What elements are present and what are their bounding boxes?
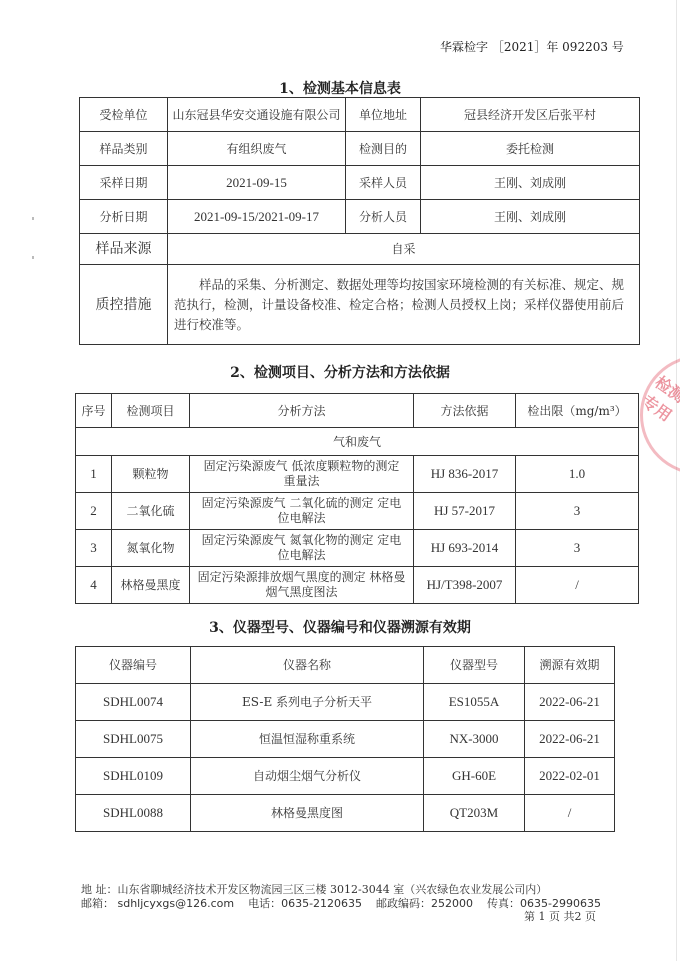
scan-artifact: [32, 256, 34, 259]
cell-model: NX-3000: [424, 721, 525, 758]
category-label: 气和废气: [76, 428, 639, 456]
cell-basis: HJ 693-2014: [414, 530, 516, 567]
cell-label: 检测目的: [346, 132, 421, 166]
postcode-value: 252000: [431, 897, 473, 910]
section1-title: 1、检测基本信息表: [0, 78, 680, 98]
cell-valid: 2022-06-21: [525, 684, 615, 721]
cell-model: ES1055A: [424, 684, 525, 721]
cell-method: 固定污染源排放烟气黑度的测定 林格曼烟气黑度图法: [190, 567, 414, 604]
table-header-row: 序号 检测项目 分析方法 方法依据 检出限（mg/m³）: [76, 394, 639, 428]
column-header: 检测项目: [112, 394, 190, 428]
cell-value: 委托检测: [421, 132, 640, 166]
cell-method: 固定污染源废气 氮氧化物的测定 定电位电解法: [190, 530, 414, 567]
cell-no: 2: [76, 493, 112, 530]
section2-title: 2、检测项目、分析方法和方法依据: [0, 362, 680, 382]
column-header: 仪器编号: [76, 647, 191, 684]
cell-label: 采样人员: [346, 166, 421, 200]
column-header: 溯源有效期: [525, 647, 615, 684]
category-row: 气和废气: [76, 428, 639, 456]
cell-item: 二氧化硫: [112, 493, 190, 530]
cell-id: SDHL0075: [76, 721, 191, 758]
table-row: 采样日期 2021-09-15 采样人员 王刚、刘成刚: [80, 166, 640, 200]
column-header: 检出限（mg/m³）: [516, 394, 639, 428]
postcode-label: 邮政编码：: [376, 897, 431, 910]
cell-id: SDHL0088: [76, 795, 191, 832]
cell-label: 单位地址: [346, 98, 421, 132]
page-edge: [676, 0, 677, 961]
cell-value: 山东冠县华安交通设施有限公司: [168, 98, 346, 132]
table-row: 4 林格曼黑度 固定污染源排放烟气黑度的测定 林格曼烟气黑度图法 HJ/T398…: [76, 567, 639, 604]
table-row: 样品来源 自采: [80, 234, 640, 265]
table-row: SDHL0109 自动烟尘烟气分析仪 GH-60E 2022-02-01: [76, 758, 615, 795]
cell-value: 王刚、刘成刚: [421, 200, 640, 234]
cell-model: GH-60E: [424, 758, 525, 795]
document-number: 华霖检字 ［2021］年 092203 号: [440, 38, 640, 55]
cell-no: 4: [76, 567, 112, 604]
cell-no: 1: [76, 456, 112, 493]
cell-limit: /: [516, 567, 639, 604]
cell-value: 有组织废气: [168, 132, 346, 166]
column-header: 分析方法: [190, 394, 414, 428]
column-header: 方法依据: [414, 394, 516, 428]
table-row: SDHL0088 林格曼黑度图 QT203M /: [76, 795, 615, 832]
cell-basis: HJ/T398-2007: [414, 567, 516, 604]
cell-value: 自采: [168, 234, 640, 265]
cell-label: 分析日期: [80, 200, 168, 234]
cell-name: 恒温恒湿称重系统: [191, 721, 424, 758]
page-number: 第 1 页 共2 页: [524, 908, 596, 924]
cell-id: SDHL0074: [76, 684, 191, 721]
table-row: SDHL0074 ES-E 系列电子分析天平 ES1055A 2022-06-2…: [76, 684, 615, 721]
cell-item: 林格曼黑度: [112, 567, 190, 604]
cell-method: 固定污染源废气 低浓度颗粒物的测定 重量法: [190, 456, 414, 493]
phone-label: 电话：: [248, 897, 281, 910]
column-header: 仪器名称: [191, 647, 424, 684]
section3-title: 3、仪器型号、仪器编号和仪器溯源有效期: [0, 617, 680, 637]
cell-basis: HJ 836-2017: [414, 456, 516, 493]
cell-value: 2021-09-15: [168, 166, 346, 200]
email-value: sdhljcyxgs@126.com: [118, 897, 235, 910]
cell-basis: HJ 57-2017: [414, 493, 516, 530]
instruments-table: 仪器编号 仪器名称 仪器型号 溯源有效期 SDHL0074 ES-E 系列电子分…: [75, 646, 615, 832]
cell-model: QT203M: [424, 795, 525, 832]
cell-method: 固定污染源废气 二氧化硫的测定 定电位电解法: [190, 493, 414, 530]
column-header: 序号: [76, 394, 112, 428]
email-label: 邮箱：: [81, 897, 114, 910]
cell-limit: 3: [516, 493, 639, 530]
footer-contact: 邮箱： sdhljcyxgs@126.com 电话：0635-2120635 邮…: [81, 895, 601, 911]
scan-artifact: [32, 217, 34, 220]
cell-no: 3: [76, 530, 112, 567]
qc-text: 样品的采集、分析测定、数据处理等均按国家环境检测的有关标准、规定、规范执行，检测…: [168, 265, 640, 345]
table-row: 1 颗粒物 固定污染源废气 低浓度颗粒物的测定 重量法 HJ 836-2017 …: [76, 456, 639, 493]
cell-valid: /: [525, 795, 615, 832]
table-row: 3 氮氧化物 固定污染源废气 氮氧化物的测定 定电位电解法 HJ 693-201…: [76, 530, 639, 567]
methods-table: 序号 检测项目 分析方法 方法依据 检出限（mg/m³） 气和废气 1 颗粒物 …: [75, 393, 639, 604]
cell-value: 冠县经济开发区后张平村: [421, 98, 640, 132]
cell-label: 样品类别: [80, 132, 168, 166]
table-row: 分析日期 2021-09-15/2021-09-17 分析人员 王刚、刘成刚: [80, 200, 640, 234]
fax-label: 传真：: [487, 897, 520, 910]
cell-label: 受检单位: [80, 98, 168, 132]
column-header: 仪器型号: [424, 647, 525, 684]
table-row: 质控措施 样品的采集、分析测定、数据处理等均按国家环境检测的有关标准、规定、规范…: [80, 265, 640, 345]
cell-value: 王刚、刘成刚: [421, 166, 640, 200]
table-row: 2 二氧化硫 固定污染源废气 二氧化硫的测定 定电位电解法 HJ 57-2017…: [76, 493, 639, 530]
cell-label: 分析人员: [346, 200, 421, 234]
cell-name: 自动烟尘烟气分析仪: [191, 758, 424, 795]
cell-item: 氮氧化物: [112, 530, 190, 567]
cell-id: SDHL0109: [76, 758, 191, 795]
table-row: 受检单位 山东冠县华安交通设施有限公司 单位地址 冠县经济开发区后张平村: [80, 98, 640, 132]
cell-valid: 2022-02-01: [525, 758, 615, 795]
phone-value: 0635-2120635: [281, 897, 362, 910]
cell-label: 样品来源: [80, 234, 168, 265]
cell-label: 质控措施: [80, 265, 168, 345]
cell-limit: 1.0: [516, 456, 639, 493]
cell-name: ES-E 系列电子分析天平: [191, 684, 424, 721]
cell-label: 采样日期: [80, 166, 168, 200]
table-header-row: 仪器编号 仪器名称 仪器型号 溯源有效期: [76, 647, 615, 684]
table-row: SDHL0075 恒温恒湿称重系统 NX-3000 2022-06-21: [76, 721, 615, 758]
cell-name: 林格曼黑度图: [191, 795, 424, 832]
cell-valid: 2022-06-21: [525, 721, 615, 758]
cell-item: 颗粒物: [112, 456, 190, 493]
cell-limit: 3: [516, 530, 639, 567]
cell-value: 2021-09-15/2021-09-17: [168, 200, 346, 234]
table-row: 样品类别 有组织废气 检测目的 委托检测: [80, 132, 640, 166]
basic-info-table: 受检单位 山东冠县华安交通设施有限公司 单位地址 冠县经济开发区后张平村 样品类…: [79, 97, 640, 345]
